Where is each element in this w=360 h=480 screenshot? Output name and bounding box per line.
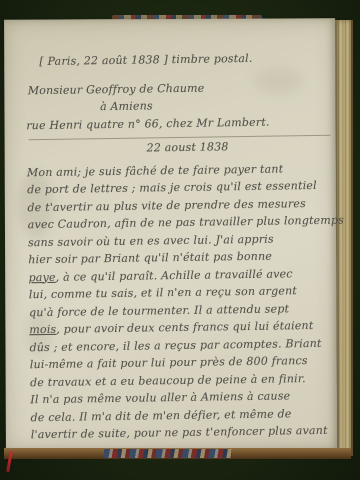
handwritten-text: [ Paris, 22 août 1838 ] timbre postal. M… — [25, 41, 337, 444]
letter-page: [ Paris, 22 août 1838 ] timbre postal. M… — [4, 18, 337, 450]
underlined-word-mois: mois — [29, 323, 56, 336]
letter-body: Mon ami; je suis fâché de te faire payer… — [27, 159, 337, 444]
date-line: 22 aoust 1838 — [27, 137, 333, 159]
handwritten-line: l'avertir de suite, pour ne pas t'enfonc… — [31, 422, 337, 444]
postmark-annotation-line: [ Paris, 22 août 1838 ] timbre postal. — [25, 49, 331, 71]
recipient-address-line: rue Henri quatre n° 66, chez Mr Lambert. — [26, 112, 332, 134]
photo-background: [ Paris, 22 août 1838 ] timbre postal. M… — [0, 0, 360, 480]
line-continuation: , à ce qu'il paraît. Achille a travaillé… — [56, 267, 293, 284]
line-continuation: , pour avoir deux cents francs qui lui é… — [56, 319, 313, 336]
marbled-page-bottom-edge — [104, 449, 232, 458]
underlined-word-paye: paye — [28, 270, 55, 283]
